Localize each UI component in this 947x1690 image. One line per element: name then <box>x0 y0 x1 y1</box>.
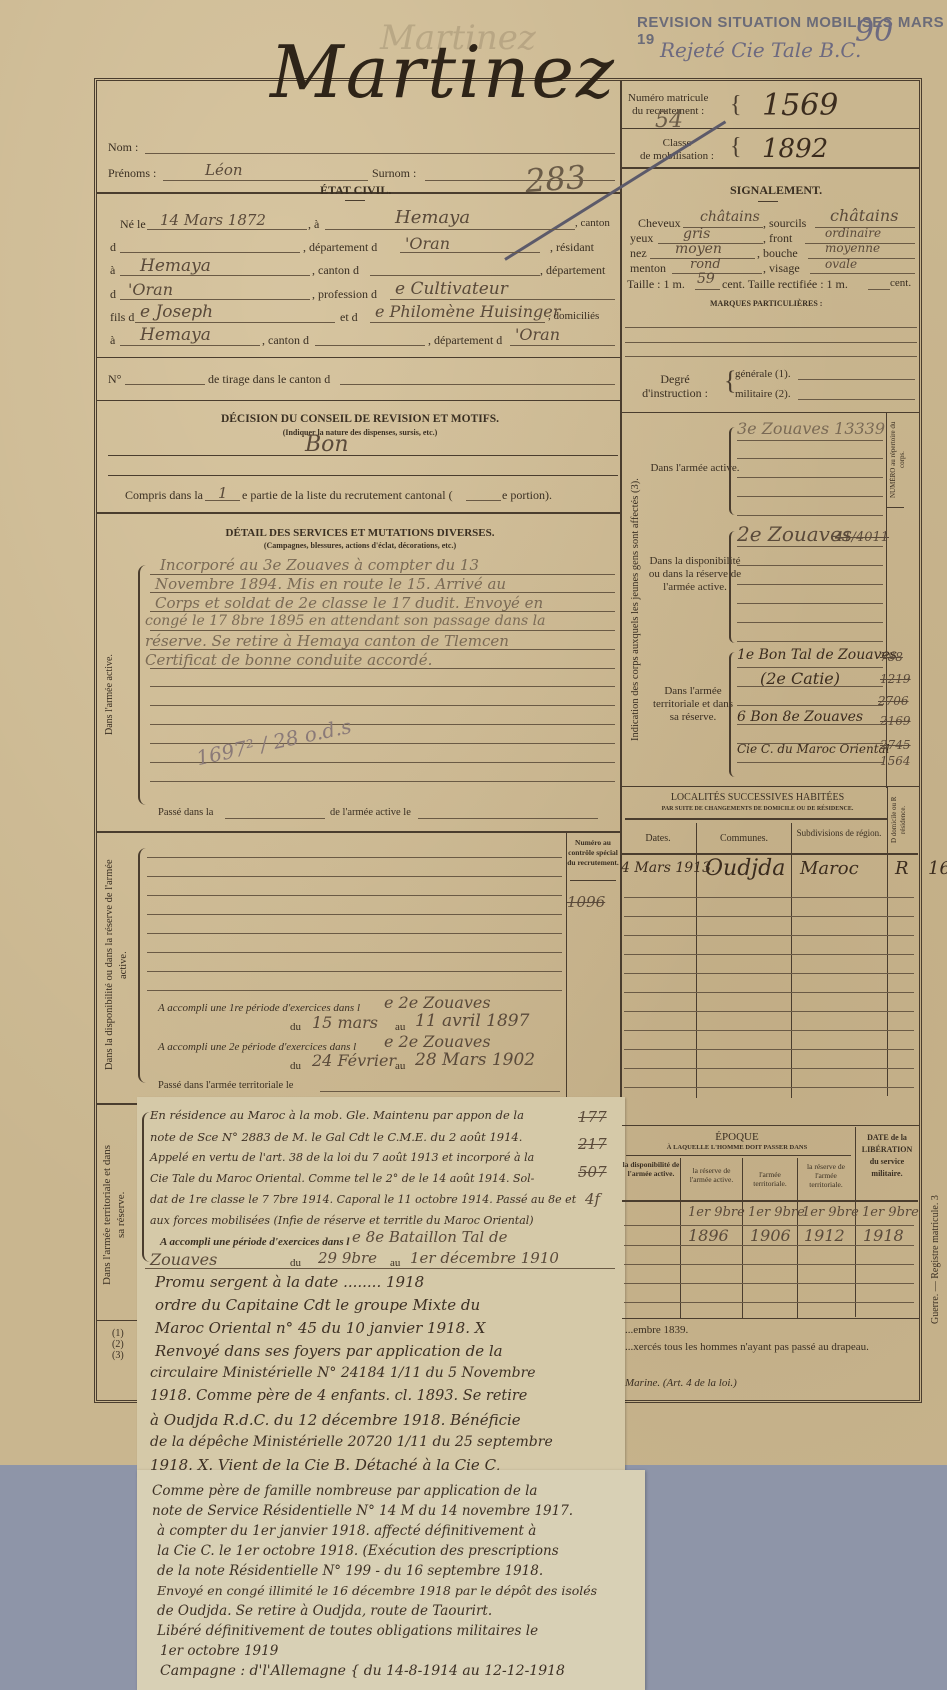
yeux-value: gris <box>683 226 710 242</box>
territoriale-margin-3: 507 <box>578 1163 607 1181</box>
lieu-naissance: Hemaya <box>395 207 470 228</box>
slip1-line-6: 1918. Comme père de 4 enfants. cl. 1893.… <box>150 1388 527 1404</box>
localite-commune: Oudjda <box>705 856 785 881</box>
epoque-col-2: la réserve de l'armée active. <box>681 1166 742 1184</box>
departement-parents: 'Oran <box>515 325 560 344</box>
decision-value: Bon <box>305 432 349 457</box>
services-side-label: Dans l'armée active. <box>104 640 115 750</box>
periode1-du: 15 mars <box>312 1013 378 1032</box>
service-line-1: Incorporé au 3e Zouaves à compter du 13 <box>160 556 479 574</box>
territoriale-periode-au: 1er décembre 1910 <box>410 1249 559 1267</box>
corps-territoriale-1: 1e Bon Tal de Zouaves <box>737 647 897 663</box>
degre-label: Degréd'instruction : <box>640 372 710 400</box>
localite-date: 4 Mars 1913. <box>621 860 715 876</box>
date-liberation: 1918 <box>863 1226 904 1245</box>
col-communes: Communes. <box>698 833 790 844</box>
services-title: DÉTAIL DES SERVICES ET MUTATIONS DIVERSE… <box>210 527 510 539</box>
surnom-label: Surnom : <box>372 166 416 181</box>
slip2-line-6: Envoyé en congé illimité le 16 décembre … <box>157 1583 597 1598</box>
slip2-line-8: Libéré définitivement de toutes obligati… <box>157 1623 538 1639</box>
epoque-reserve-active: 1896 <box>688 1226 729 1245</box>
slip1-line-3: Maroc Oriental n° 45 du 10 janvier 1918.… <box>155 1319 485 1337</box>
slip2-line-2: note de Service Résidentielle N° 14 M du… <box>152 1503 573 1519</box>
mere: e Philomène Huisinger <box>375 302 560 321</box>
prenoms-label: Prénoms : <box>108 166 156 181</box>
marques-label: MARQUES PARTICULIÈRES : <box>710 299 822 308</box>
territoriale-periode-du: 29 9bre <box>318 1249 377 1267</box>
service-line-4: congé le 17 8bre 1895 en attendant son p… <box>145 613 545 629</box>
slip2-line-9: 1er octobre 1919 <box>160 1643 278 1659</box>
epoque-col-3: l'armée territoriale. <box>743 1170 797 1188</box>
territoriale-periode-corps: e 8e Bataillon Tal de <box>352 1228 507 1246</box>
corps-side-label: Indication des corps auxquels les jeunes… <box>630 460 641 760</box>
territoriale-margin-2: 217 <box>578 1135 607 1153</box>
stamp-handwritten-note: Rejeté Cie Tale B.C. <box>660 38 861 62</box>
pere: e Joseph <box>140 302 213 322</box>
numero-repertoire-label: NUMÉRO au répertoire du corps. <box>889 420 913 500</box>
taille-value: 59 <box>697 271 715 287</box>
decision-subtitle: (Indiquer la nature des dispenses, sursi… <box>210 428 510 437</box>
date-naissance: 14 Mars 1872 <box>160 211 266 229</box>
slip1-line-1: Promu sergent à la date ........ 1918 <box>155 1273 424 1291</box>
sourcils-value: châtains <box>830 206 898 225</box>
slip2-line-1: Comme père de famille nombreuse par appl… <box>152 1483 537 1499</box>
ne-le-label: Né le <box>120 217 146 232</box>
nom-label: Nom : <box>108 140 138 155</box>
corps-territoriale-3: 6 Bon 8e Zouaves <box>737 709 863 725</box>
slip1-line-7: à Oudjda R.d.C. du 12 décembre 1918. Bén… <box>150 1411 521 1429</box>
service-line-2: Novembre 1894. Mis en route le 15. Arriv… <box>155 575 506 593</box>
slip2-line-10: Campagne : d'l'Allemagne { du 14-8-1914 … <box>160 1663 565 1679</box>
periode2-au: 28 Mars 1902 <box>415 1050 535 1070</box>
localite-subdivision: Maroc <box>800 858 859 879</box>
corps-territoriale-4: Cie C. du Maroc Oriental <box>737 742 890 756</box>
front-value: ordinaire <box>825 226 881 240</box>
localites-title: LOCALITÉS SUCCESSIVES HABITÉES <box>625 792 890 803</box>
corps-active-value: 3e Zouaves 13339 <box>737 419 885 438</box>
service-line-5: réserve. Se retire à Hemaya canton de Tl… <box>145 632 509 650</box>
territoriale-margin-4: 4f <box>585 1190 600 1208</box>
departement-naissance: 'Oran <box>405 234 450 253</box>
prenoms-value: Léon <box>205 161 243 179</box>
profession: e Cultivateur <box>395 279 508 299</box>
departement-residence: 'Oran <box>128 280 173 299</box>
residence: Hemaya <box>140 256 211 276</box>
territoriale-line-3: Appelé en vertu de l'art. 38 de la loi d… <box>150 1151 534 1164</box>
controle-label: Numéro au contrôle spécial du recrutemen… <box>567 838 619 868</box>
service-line-6: Certificat de bonne conduite accordé. <box>145 651 432 669</box>
territoriale-periode-corps-2: Zouaves <box>150 1250 217 1269</box>
classe-value: 1892 <box>762 134 828 164</box>
territoriale-line-5: dat de 1re classe le 7 7bre 1914. Capora… <box>150 1193 576 1206</box>
slip2-line-3: à compter du 1er janvier 1918. affecté d… <box>157 1523 536 1539</box>
cheveux-value: châtains <box>700 209 760 225</box>
territoriale-side-label: Dans l'armée territoriale et dans sa rés… <box>100 1140 130 1290</box>
slip1-line-2: ordre du Capitaine Cdt le groupe Mixte d… <box>155 1296 480 1314</box>
surname-large: Martinez <box>270 30 616 114</box>
footnote-line-3: Marine. (Art. 4 de la loi.) <box>625 1377 737 1389</box>
col-dates: Dates. <box>622 833 694 844</box>
stamp-number: 90 <box>855 14 893 49</box>
epoque-col-4: la réserve de l'armée territoriale. <box>798 1162 854 1189</box>
matricule-margin: 54 <box>655 108 683 133</box>
territoriale-margin-1: 177 <box>578 1108 607 1126</box>
nom-line <box>145 153 615 154</box>
periode2-du: 24 Février <box>312 1051 396 1070</box>
compris-value: 1 <box>218 484 228 502</box>
periode1-corps: e 2e Zouaves <box>384 993 491 1012</box>
services-subtitle: (Campagnes, blessures, actions d'éclat, … <box>210 541 510 550</box>
margin-note: 283 <box>524 158 588 200</box>
decision-title: DÉCISION DU CONSEIL DE REVISION ET MOTIF… <box>210 413 510 425</box>
date-liberation-label: DATE de la LIBÉRATION du service militai… <box>857 1132 917 1180</box>
registre-side-margin: Guerre. — Registre matricule. 3 <box>930 1130 941 1390</box>
footnote-line-2: ...xercés tous les hommes n'ayant pas pa… <box>625 1341 869 1353</box>
periode1-au: 11 avril 1897 <box>415 1011 529 1031</box>
menton-value: rond <box>690 257 721 272</box>
slip2-line-5: de la note Résidentielle N° 199 - du 16 … <box>157 1563 543 1579</box>
service-line-3: Corps et soldat de 2e classe le 17 dudit… <box>155 594 543 612</box>
territoriale-line-2: note de Sce N° 2883 de M. le Gal Cdt le … <box>150 1130 522 1144</box>
corps-active-label: Dans l'armée active. <box>650 462 740 475</box>
territoriale-line-4: Cie Tale du Maroc Oriental. Comme tel le… <box>150 1172 534 1185</box>
footnote-markers: (1)(2)(3) <box>112 1328 124 1361</box>
matricule-value: 1569 <box>762 88 838 123</box>
localite-dr: R <box>895 858 909 879</box>
col-subdivisions: Subdivisions de région. <box>793 828 885 839</box>
etat-civil-title: ÉTAT CIVIL. <box>320 183 391 198</box>
column-divider <box>620 80 622 1110</box>
visage-value: ovale <box>825 257 857 271</box>
epoque-subtitle: À LAQUELLE L'HOMME DOIT PASSER DANS <box>622 1144 852 1151</box>
disponibilite-side-label: Dans la disponibilité ou dans la réserve… <box>103 850 133 1080</box>
localites-dr-label: D domicile ou R résidence. <box>890 790 912 850</box>
localites-subtitle: PAR SUITE DE CHANGEMENTS DE DOMICILE OU … <box>625 806 890 812</box>
nez-value: moyen <box>675 241 722 257</box>
corps-territoriale-label: Dans l'armée territoriale et dans sa rés… <box>648 685 738 724</box>
slip1-line-4: Renvoyé dans ses foyers par application … <box>155 1342 503 1360</box>
bouche-value: moyenne <box>825 241 880 255</box>
territoriale-line-6: aux forces mobilisées (Infie de réserve … <box>150 1214 534 1227</box>
epoque-title: ÉPOQUE <box>622 1131 852 1143</box>
epoque-reserve-territoriale: 1912 <box>804 1226 845 1245</box>
slip1-line-8: de la dépêche Ministérielle 20720 1/11 d… <box>150 1434 553 1450</box>
localite-right-margin: 16 <box>928 858 947 879</box>
epoque-col-1: la disponibilité de l'armée active. <box>622 1160 680 1178</box>
epoque-territoriale: 1906 <box>750 1226 791 1245</box>
periode2-corps: e 2e Zouaves <box>384 1032 491 1051</box>
slip2-line-7: de Oudjda. Se retire à Oudjda, route de … <box>157 1603 492 1619</box>
signalement-title: SIGNALEMENT. <box>730 183 822 198</box>
footnote-line-1: ...embre 1839. <box>625 1324 688 1336</box>
domicile-parents: Hemaya <box>140 325 211 345</box>
slip1-line-5: circulaire Ministérielle N° 24184 1/11 d… <box>150 1365 536 1381</box>
controle-value: 1096 <box>567 893 605 911</box>
corps-disponibilite-num: 41/4011 <box>835 530 889 545</box>
slip2-line-4: la Cie C. le 1er octobre 1918. (Exécutio… <box>157 1543 559 1559</box>
territoriale-line-1: En résidence au Maroc à la mob. Gle. Mai… <box>150 1108 524 1122</box>
